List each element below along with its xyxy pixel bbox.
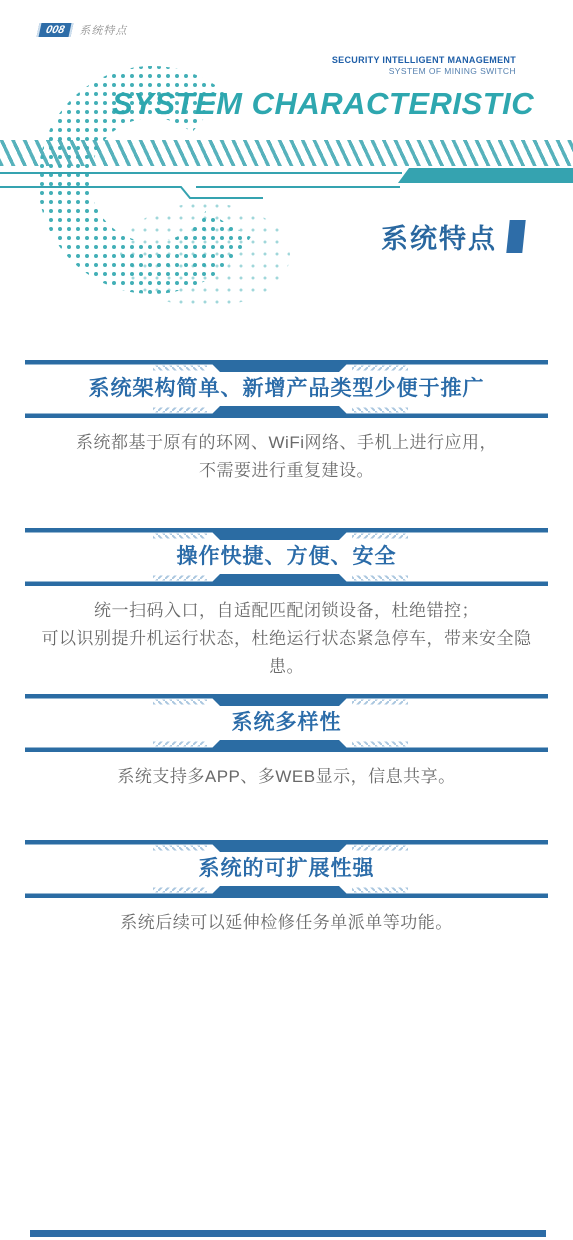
header-bar-bottom-decoration — [25, 404, 548, 418]
body-line: 系统支持多APP、多WEB显示，信息共享。 — [25, 763, 548, 791]
body-line: 不需要进行重复建设。 — [25, 457, 548, 485]
body-line: 统一扫码入口，自适配匹配闭锁设备，杜绝错控； — [25, 597, 548, 625]
header-bar-top-decoration — [25, 694, 548, 708]
heading-block-decoration — [506, 220, 525, 253]
tagline-line1: SECURITY INTELLIGENT MANAGEMENT — [332, 55, 516, 66]
section-body: 系统都基于原有的环网、WiFi网络、手机上进行应用， 不需要进行重复建设。 — [25, 429, 548, 485]
section-body: 统一扫码入口，自适配匹配闭锁设备，杜绝错控； 可以识别提升机运行状态，杜绝运行状… — [25, 597, 548, 681]
brochure-page: 008 系统特点 SECURITY INTELLIGENT MANAGEMENT… — [0, 0, 573, 1240]
body-line: 系统都基于原有的环网、WiFi网络、手机上进行应用， — [25, 429, 548, 457]
body-line: 可以识别提升机运行状态，杜绝运行状态紧急停车，带来安全隐患。 — [25, 625, 548, 681]
feature-section-3: 系统多样性 系统支持多APP、多WEB显示，信息共享。 — [25, 694, 548, 791]
tagline: SECURITY INTELLIGENT MANAGEMENT SYSTEM O… — [332, 55, 516, 77]
tagline-line2: SYSTEM OF MINING SWITCH — [332, 66, 516, 77]
page-number: 008 — [37, 23, 74, 37]
header-bar-top-decoration — [25, 528, 548, 542]
main-title: SYSTEM CHARACTERISTIC — [112, 86, 517, 122]
header-bar-bottom-decoration — [25, 884, 548, 898]
header-bar-bottom-decoration — [25, 572, 548, 586]
feature-section-1: 系统架构简单、新增产品类型少便于推广 系统都基于原有的环网、WiFi网络、手机上… — [25, 360, 548, 485]
section-header: 系统的可扩展性强 — [25, 840, 548, 898]
section-header: 系统架构简单、新增产品类型少便于推广 — [25, 360, 548, 418]
cn-heading: 系统特点 — [381, 217, 497, 256]
header-bar-top-decoration — [25, 360, 548, 374]
page-section-label: 系统特点 — [79, 22, 127, 38]
section-title: 操作快捷、方便、安全 — [25, 542, 548, 572]
cn-heading-row: 系统特点 — [381, 217, 524, 256]
header-bar-bottom-decoration — [25, 738, 548, 752]
section-header: 系统多样性 — [25, 694, 548, 752]
footer-bar — [30, 1230, 546, 1237]
section-header: 操作快捷、方便、安全 — [25, 528, 548, 586]
page-badge: 008 系统特点 — [38, 22, 127, 38]
diagonal-stripes-band — [0, 140, 573, 166]
section-title: 系统多样性 — [25, 708, 548, 738]
feature-section-2: 操作快捷、方便、安全 统一扫码入口，自适配匹配闭锁设备，杜绝错控； 可以识别提升… — [25, 528, 548, 681]
body-line: 系统后续可以延伸检修任务单派单等功能。 — [25, 909, 548, 937]
section-body: 系统支持多APP、多WEB显示，信息共享。 — [25, 763, 548, 791]
header-bar-top-decoration — [25, 840, 548, 854]
feature-section-4: 系统的可扩展性强 系统后续可以延伸检修任务单派单等功能。 — [25, 840, 548, 937]
decorative-lines — [0, 168, 573, 202]
section-body: 系统后续可以延伸检修任务单派单等功能。 — [25, 909, 548, 937]
section-title: 系统的可扩展性强 — [25, 854, 548, 884]
section-title: 系统架构简单、新增产品类型少便于推广 — [25, 374, 548, 404]
